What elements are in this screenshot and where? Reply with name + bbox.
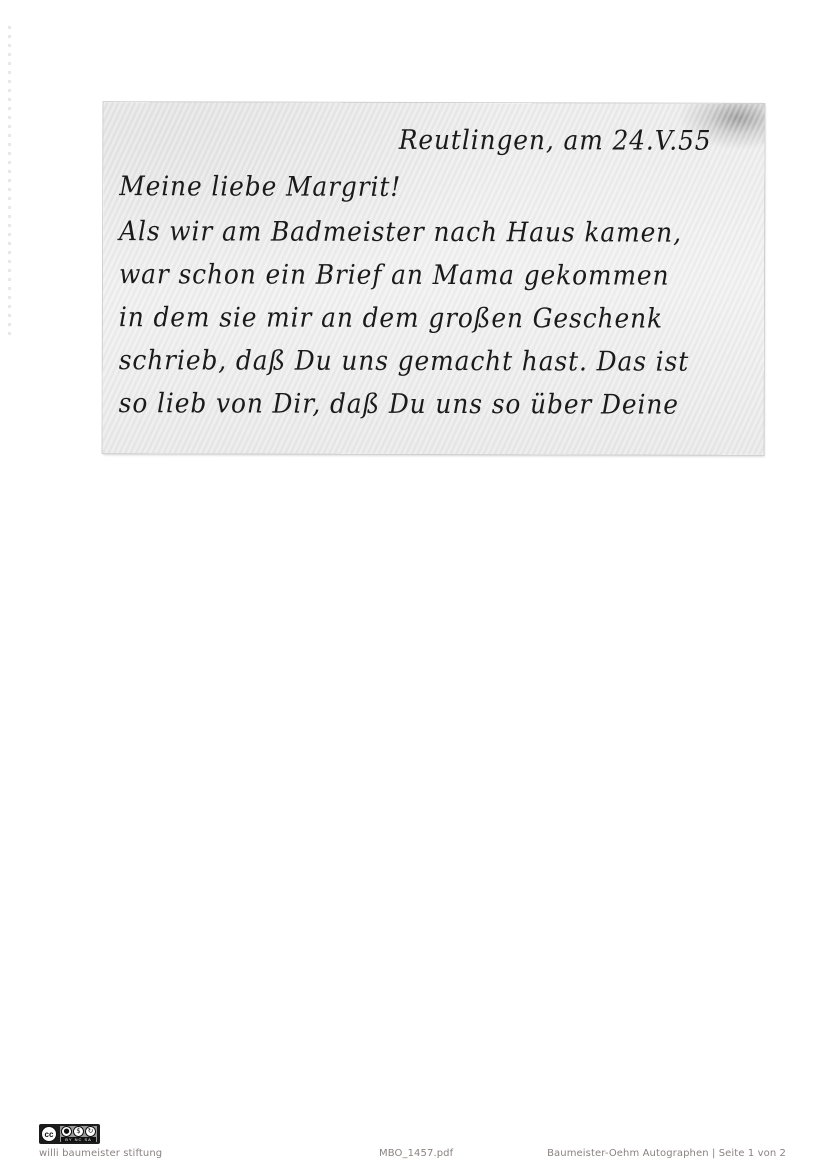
cc-by-nc-sa-icon: cc ● $ ↻ BY NC SA <box>39 1124 100 1144</box>
card-text-line: so lieb von Dir, daß Du uns so über Dein… <box>119 382 698 427</box>
by-attribution-icon: ● <box>61 1126 72 1137</box>
card-date-line: Reutlingen, am 24.V.55 <box>170 118 749 163</box>
card-text-line: Als wir am Badmeister nach Haus kamen, <box>119 210 698 255</box>
collection-page-info: Baumeister-Oehm Autographen | Seite 1 vo… <box>547 1148 786 1159</box>
card-greeting: Meine liebe Margrit! <box>119 165 698 210</box>
nc-noncommercial-icon: $ <box>73 1126 84 1137</box>
page-footer: cc ● $ ↻ BY NC SA willi baumeister stift… <box>0 1122 826 1169</box>
cc-labels: BY NC SA <box>61 1137 96 1142</box>
organization-name: willi baumeister stiftung <box>39 1148 162 1159</box>
handwritten-postcard: Reutlingen, am 24.V.55 Meine liebe Margr… <box>103 102 765 455</box>
scan-edge-marks <box>8 20 11 340</box>
cc-icon: cc <box>41 1126 57 1142</box>
card-text-line: in dem sie mir an dem großen Geschenk <box>119 296 698 341</box>
sa-sharealike-icon: ↻ <box>85 1126 96 1137</box>
cc-conditions: ● $ ↻ BY NC SA <box>60 1126 97 1142</box>
card-text-line: schrieb, daß Du uns gemacht hast. Das is… <box>119 339 698 384</box>
file-name: MBO_1457.pdf <box>379 1148 453 1159</box>
card-text-line: war schon ein Brief an Mama gekommen <box>119 253 698 298</box>
